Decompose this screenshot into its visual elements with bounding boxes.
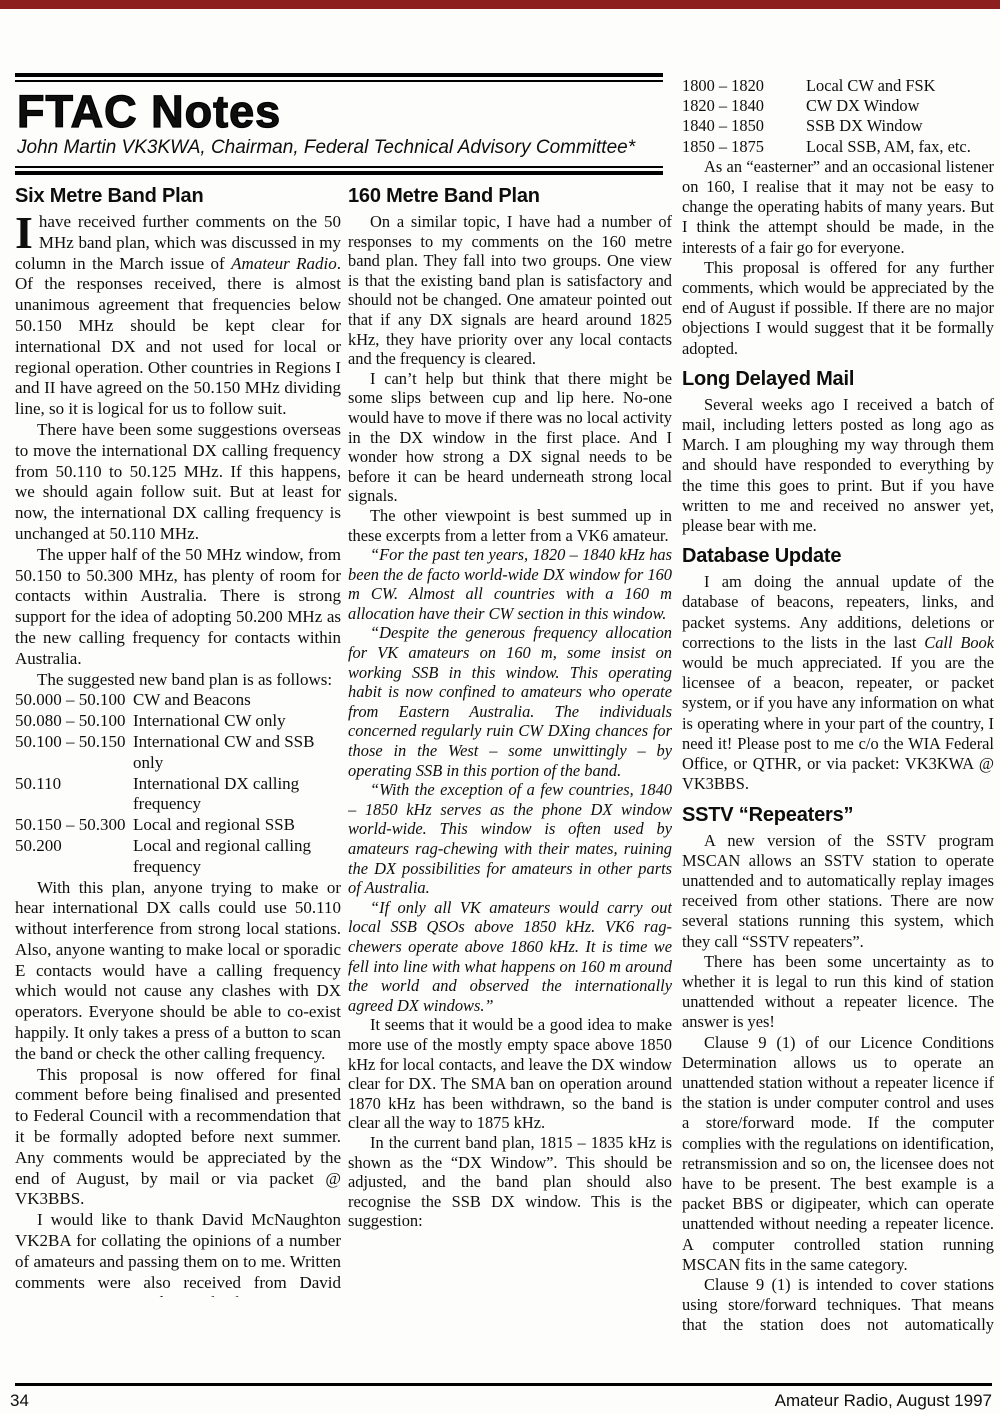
- paragraph: The other viewpoint is best summed up in…: [348, 506, 672, 545]
- cell-usage: International CW only: [133, 711, 341, 732]
- paragraph: In the current band plan, 1815 – 1835 kH…: [348, 1133, 672, 1231]
- journal-name: Amateur Radio, August 1997: [775, 1391, 992, 1411]
- paragraph: It seems that it would be a good idea to…: [348, 1015, 672, 1133]
- table-row: 50.110International DX calling frequency: [15, 774, 341, 816]
- paragraph: On a similar topic, I have had a number …: [348, 212, 672, 369]
- cell-usage: Local and regional calling frequency: [133, 836, 341, 878]
- cell-frequency: 1800 – 1820: [682, 76, 806, 96]
- table-row: 50.000 – 50.100CW and Beacons: [15, 690, 341, 711]
- article-header: FTAC Notes John Martin VK3KWA, Chairman,…: [15, 73, 663, 175]
- cell-frequency: 50.000 – 50.100: [15, 690, 133, 711]
- header-rule-top: [15, 73, 663, 82]
- paragraph-text: would be much appreciated. If you are th…: [682, 653, 994, 793]
- cell-frequency: 50.100 – 50.150: [15, 732, 133, 774]
- article-title: FTAC Notes: [17, 89, 663, 135]
- table-row: 50.100 – 50.150International CW and SSB …: [15, 732, 341, 774]
- paragraph: Several weeks ago I received a batch of …: [682, 395, 994, 536]
- cell-usage: SSB DX Window: [806, 116, 994, 136]
- cell-usage: International CW and SSB only: [133, 732, 341, 774]
- section-heading-six-metre: Six Metre Band Plan: [15, 185, 341, 207]
- paragraph: I would like to thank David McNaughton V…: [15, 1210, 341, 1297]
- paragraph: This proposal is offered for any further…: [682, 258, 994, 359]
- section-heading-long-delayed-mail: Long Delayed Mail: [682, 368, 994, 390]
- paragraph: This proposal is now offered for final c…: [15, 1065, 341, 1211]
- table-row: 1800 – 1820Local CW and FSK: [682, 76, 994, 96]
- italic-journal-name: Amateur Radio: [231, 254, 337, 273]
- cell-usage: CW and Beacons: [133, 690, 341, 711]
- cell-frequency: 1820 – 1840: [682, 96, 806, 116]
- table-row: 50.080 – 50.100International CW only: [15, 711, 341, 732]
- table-row: 50.200Local and regional calling frequen…: [15, 836, 341, 878]
- page-number: 34: [10, 1391, 29, 1411]
- article-byline: John Martin VK3KWA, Chairman, Federal Te…: [17, 137, 663, 159]
- page-top-bar: [0, 0, 1000, 9]
- quoted-paragraph: “Despite the generous frequency allocati…: [348, 623, 672, 780]
- section-heading-database-update: Database Update: [682, 545, 994, 567]
- paragraph: The suggested new band plan is as follow…: [15, 670, 341, 691]
- cell-frequency: 1850 – 1875: [682, 137, 806, 157]
- cell-frequency: 50.150 – 50.300: [15, 815, 133, 836]
- column-six-metre-band-plan: Six Metre Band Plan Ihave received furth…: [15, 185, 341, 1297]
- table-row: 1840 – 1850SSB DX Window: [682, 116, 994, 136]
- paragraph: I am doing the annual update of the data…: [682, 572, 994, 794]
- cell-usage: CW DX Window: [806, 96, 994, 116]
- cell-frequency: 1840 – 1850: [682, 116, 806, 136]
- section-heading-160-metre: 160 Metre Band Plan: [348, 185, 672, 207]
- cell-usage: International DX calling frequency: [133, 774, 341, 816]
- table-row: 1850 – 1875Local SSB, AM, fax, etc.: [682, 137, 994, 157]
- cell-frequency: 50.110: [15, 774, 133, 816]
- cell-usage: Local and regional SSB: [133, 815, 341, 836]
- paragraph: There have been some suggestions oversea…: [15, 420, 341, 545]
- paragraph: I can’t help but think that there might …: [348, 369, 672, 506]
- quoted-paragraph: “If only all VK amateurs would carry out…: [348, 898, 672, 1016]
- paragraph: With this plan, anyone trying to make or…: [15, 878, 341, 1065]
- band-plan-table-160m: 1800 – 1820Local CW and FSK 1820 – 1840C…: [682, 76, 994, 157]
- table-row: 1820 – 1840CW DX Window: [682, 96, 994, 116]
- table-row: 50.150 – 50.300Local and regional SSB: [15, 815, 341, 836]
- magazine-page: FTAC Notes John Martin VK3KWA, Chairman,…: [0, 0, 1000, 1414]
- paragraph: A new version of the SSTV program MSCAN …: [682, 831, 994, 952]
- column-right: 1800 – 1820Local CW and FSK 1820 – 1840C…: [682, 76, 994, 1338]
- cell-frequency: 50.200: [15, 836, 133, 878]
- section-heading-sstv-repeaters: SSTV “Repeaters”: [682, 804, 994, 826]
- cell-usage: Local CW and FSK: [806, 76, 994, 96]
- cell-usage: Local SSB, AM, fax, etc.: [806, 137, 994, 157]
- paragraph: Clause 9 (1) of our Licence Conditions D…: [682, 1033, 994, 1275]
- header-rule-bottom: [15, 166, 663, 175]
- paragraph: Clause 9 (1) is intended to cover statio…: [682, 1275, 994, 1338]
- paragraph: The upper half of the 50 MHz window, fro…: [15, 545, 341, 670]
- paragraph-text: . Of the responses received, there is al…: [15, 254, 341, 419]
- paragraph: There has been some uncertainty as to wh…: [682, 952, 994, 1033]
- band-plan-table-50mhz: 50.000 – 50.100CW and Beacons 50.080 – 5…: [15, 690, 341, 877]
- drop-cap: I: [15, 212, 39, 252]
- cell-frequency: 50.080 – 50.100: [15, 711, 133, 732]
- footer-rule: [15, 1383, 992, 1386]
- paragraph: Ihave received further comments on the 5…: [15, 212, 341, 420]
- column-160-metre-band-plan: 160 Metre Band Plan On a similar topic, …: [348, 185, 672, 1363]
- paragraph: As an “easterner” and an occasional list…: [682, 157, 994, 258]
- italic-call-book: Call Book: [924, 633, 994, 652]
- quoted-paragraph: “For the past ten years, 1820 – 1840 kHz…: [348, 545, 672, 623]
- quoted-paragraph: “With the exception of a few countries, …: [348, 780, 672, 898]
